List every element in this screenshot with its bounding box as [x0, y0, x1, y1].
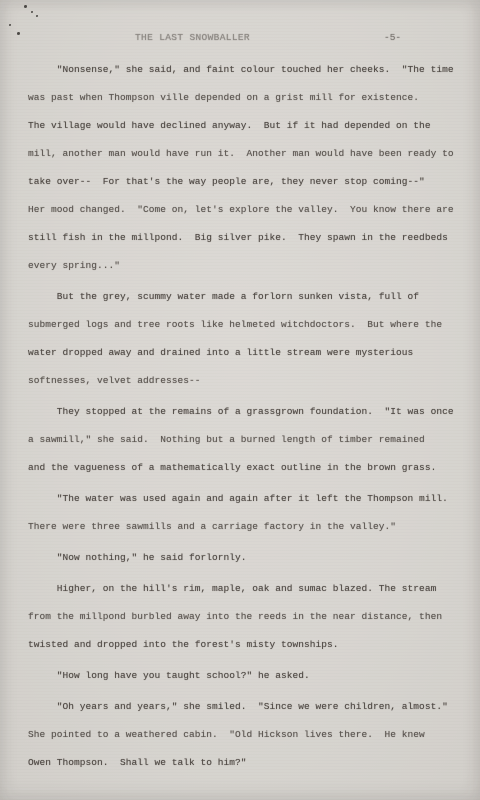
text-line: twisted and dropped into the forest's mi… — [28, 631, 462, 659]
text-line: They stopped at the remains of a grassgr… — [28, 398, 462, 426]
paragraph: Higher, on the hill's rim, maple, oak an… — [28, 575, 462, 659]
paragraph: They stopped at the remains of a grassgr… — [28, 398, 462, 482]
text-line: a sawmill," she said. Nothing but a burn… — [28, 426, 462, 454]
text-line: "Now nothing," he said forlornly. — [28, 544, 462, 572]
paragraph: "How long have you taught school?" he as… — [28, 662, 462, 690]
text-line: There were three sawmills and a carriage… — [28, 513, 462, 541]
typescript-page: THE LAST SNOWBALLER -5- "Nonsense," she … — [0, 0, 480, 800]
paragraph: "Now nothing," he said forlornly. — [28, 544, 462, 572]
paragraph: But the grey, scummy water made a forlor… — [28, 283, 462, 395]
text-line: Owen Thompson. Shall we talk to him?" — [28, 749, 462, 777]
text-line: take over-- For that's the way people ar… — [28, 168, 462, 196]
text-line: "How long have you taught school?" he as… — [28, 662, 462, 690]
text-line: She pointed to a weathered cabin. "Old H… — [28, 721, 462, 749]
text-line: was past when Thompson ville depended on… — [28, 84, 462, 112]
text-line: submerged logs and tree roots like helme… — [28, 311, 462, 339]
text-line: "Oh years and years," she smiled. "Since… — [28, 693, 462, 721]
paragraph: "Oh years and years," she smiled. "Since… — [28, 693, 462, 777]
text-line: water dropped away and drained into a li… — [28, 339, 462, 367]
ink-speck — [24, 5, 27, 8]
text-line: Higher, on the hill's rim, maple, oak an… — [28, 575, 462, 603]
text-line: and the vagueness of a mathematically ex… — [28, 454, 462, 482]
ink-speck — [9, 24, 11, 26]
text-line: "Nonsense," she said, and faint colour t… — [28, 56, 462, 84]
text-line: mill, another man would have run it. Ano… — [28, 140, 462, 168]
page-number: -5- — [384, 32, 401, 44]
ink-speck — [31, 11, 33, 13]
text-line: "The water was used again and again afte… — [28, 485, 462, 513]
text-line: softnesses, velvet addresses-- — [28, 367, 462, 395]
paragraph: "The water was used again and again afte… — [28, 485, 462, 541]
text-line: The village would have declined anyway. … — [28, 112, 462, 140]
text-line: every spring..." — [28, 252, 462, 280]
text-line: still fish in the millpond. Big silver p… — [28, 224, 462, 252]
ink-speck — [36, 15, 38, 17]
page-title: THE LAST SNOWBALLER — [135, 32, 250, 44]
text-line: Her mood changed. "Come on, let's explor… — [28, 196, 462, 224]
text-line: But the grey, scummy water made a forlor… — [28, 283, 462, 311]
document-body: "Nonsense," she said, and faint colour t… — [28, 56, 462, 777]
paragraph: "Nonsense," she said, and faint colour t… — [28, 56, 462, 280]
text-line: from the millpond burbled away into the … — [28, 603, 462, 631]
ink-speck — [17, 32, 20, 35]
